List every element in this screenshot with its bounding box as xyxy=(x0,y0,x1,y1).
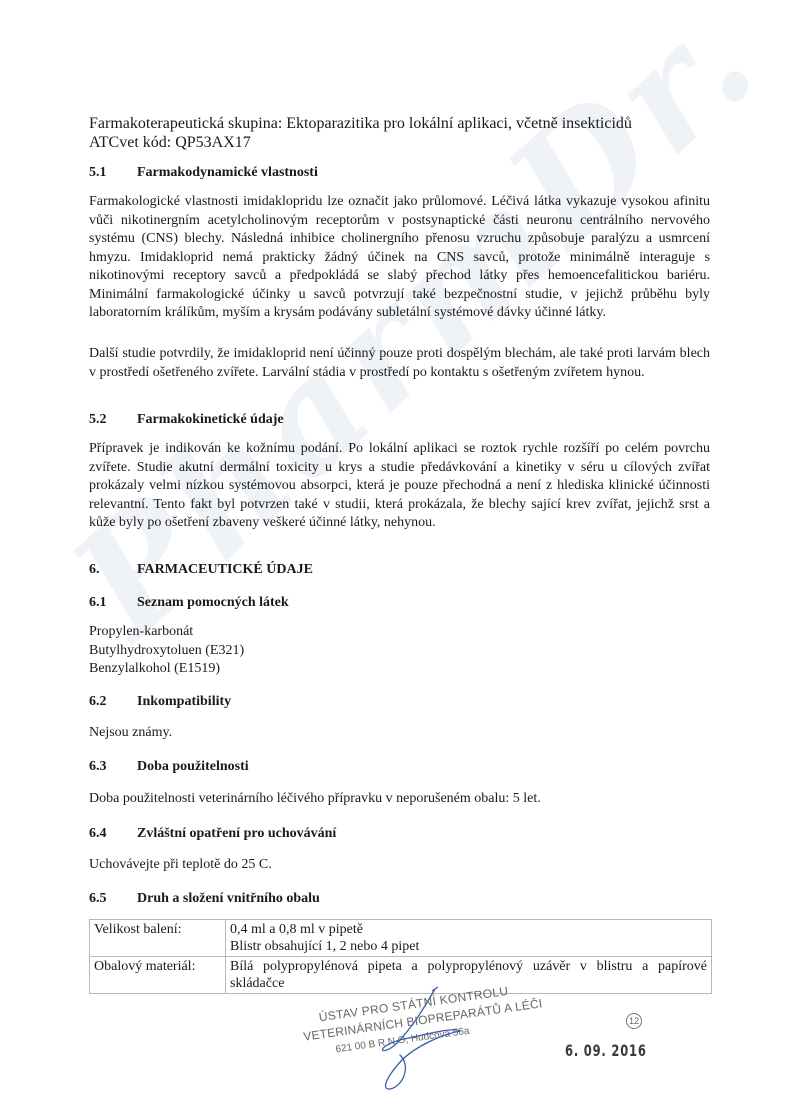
section-number: 6.5 xyxy=(89,891,137,907)
value-line: Bílá polypropylénová pipeta a polypropyl… xyxy=(230,958,707,992)
section-number: 6.1 xyxy=(89,595,137,611)
section-title: Seznam pomocných látek xyxy=(137,595,289,610)
table-cell-label: Obalový materiál: xyxy=(90,957,226,994)
table-cell-value: 0,4 ml a 0,8 ml v pipetě Blistr obsahují… xyxy=(226,920,712,957)
table-row: Obalový materiál: Bílá polypropylénová p… xyxy=(90,957,712,994)
pharmacokinetics-paragraph: Přípravek je indikován ke kožnímu podání… xyxy=(89,440,710,533)
section-heading-5-1: 5.1Farmakodynamické vlastnosti xyxy=(89,165,318,181)
excipient-item: Butylhydroxytoluen (E321) xyxy=(89,642,244,661)
stamp-number-badge: 12 xyxy=(626,1013,642,1029)
section-number: 6.4 xyxy=(89,826,137,842)
excipient-item: Benzylalkohol (E1519) xyxy=(89,660,244,679)
section-number: 5.2 xyxy=(89,412,137,428)
pharmacodynamics-paragraph-2: Další studie potvrdily, že imidakloprid … xyxy=(89,345,710,382)
therapeutic-group: Farmakoterapeutická skupina: Ektoparazit… xyxy=(89,114,632,133)
section-number: 6.2 xyxy=(89,694,137,710)
section-heading-6-5: 6.5Druh a složení vnitřního obalu xyxy=(89,891,320,907)
section-title: Zvláštní opatření pro uchovávání xyxy=(137,826,336,841)
section-heading-5-2: 5.2Farmakokinetické údaje xyxy=(89,412,284,428)
section-title: Farmakokinetické údaje xyxy=(137,412,284,427)
section-title: Farmakodynamické vlastnosti xyxy=(137,165,318,180)
table-row: Velikost balení: 0,4 ml a 0,8 ml v pipet… xyxy=(90,920,712,957)
value-line: 0,4 ml a 0,8 ml v pipetě xyxy=(230,921,707,938)
section-heading-6-1: 6.1Seznam pomocných látek xyxy=(89,595,289,611)
section-number: 5.1 xyxy=(89,165,137,181)
incompatibilities-text: Nejsou známy. xyxy=(89,724,172,743)
section-heading-6-4: 6.4Zvláštní opatření pro uchovávání xyxy=(89,826,336,842)
packaging-table: Velikost balení: 0,4 ml a 0,8 ml v pipet… xyxy=(89,919,712,994)
section-heading-6-3: 6.3Doba použitelnosti xyxy=(89,759,249,775)
shelf-life-text: Doba použitelnosti veterinárního léčivéh… xyxy=(89,790,541,809)
excipient-item: Propylen-karbonát xyxy=(89,623,244,642)
pharmacodynamics-paragraph-1: Farmakologické vlastnosti imidaklopridu … xyxy=(89,193,710,323)
section-title: FARMACEUTICKÉ ÚDAJE xyxy=(137,562,313,577)
atcvet-code: ATCvet kód: QP53AX17 xyxy=(89,133,251,152)
section-heading-6-2: 6.2Inkompatibility xyxy=(89,694,231,710)
section-title: Doba použitelnosti xyxy=(137,759,249,774)
section-title: Inkompatibility xyxy=(137,694,231,709)
stamp-date: 6. 09. 2016 xyxy=(565,1041,647,1060)
value-line: Blistr obsahující 1, 2 nebo 4 pipet xyxy=(230,938,707,955)
excipients-list: Propylen-karbonát Butylhydroxytoluen (E3… xyxy=(89,623,244,679)
section-title: Druh a složení vnitřního obalu xyxy=(137,891,320,906)
section-number: 6. xyxy=(89,562,137,578)
table-cell-label: Velikost balení: xyxy=(90,920,226,957)
section-heading-6: 6.FARMACEUTICKÉ ÚDAJE xyxy=(89,562,313,578)
storage-text: Uchovávejte při teplotě do 25 C. xyxy=(89,856,272,875)
section-number: 6.3 xyxy=(89,759,137,775)
